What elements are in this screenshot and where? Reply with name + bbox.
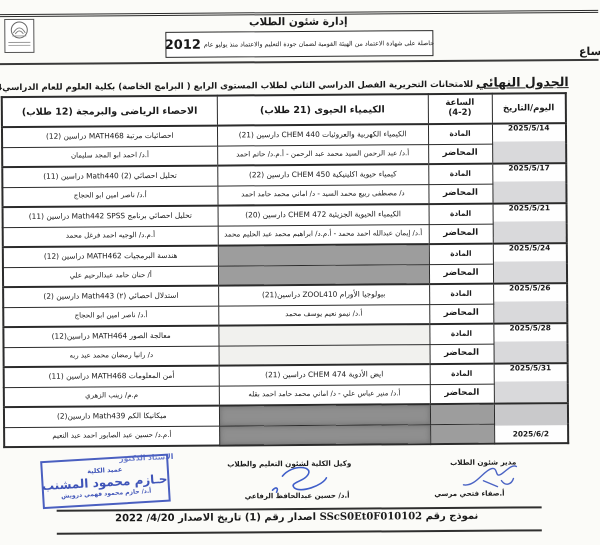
form-code: SScS0Et0F010102 — [320, 511, 423, 523]
scanned-document-page: إدارة شئون الطلاب حاصلة على شهادة الاعتم… — [0, 0, 600, 545]
exam-date: 2025/5/17 — [492, 163, 566, 204]
row-label-lecturer: المحاضر — [430, 384, 494, 404]
manager-signature — [453, 460, 523, 492]
table-header-row: اليوم/التاريخ الساعة (4-2) الكيمياء الحي… — [2, 93, 566, 127]
chem-lecturer-empty — [219, 344, 430, 365]
hour-range: (4-2) — [430, 109, 489, 119]
row-label-lecturer: المحاضر — [429, 264, 493, 284]
chem-lecturer: أ.د/ نيمو نعيم يوسف محمد — [218, 304, 429, 325]
row-label-lecturer: المحاضر — [428, 184, 492, 204]
stat-lecturer: أ.م.د/ الوجيه احمد فرغل محمد — [3, 226, 218, 248]
stat-lecturer: أ.د/ ناصر امين ابو الحجاج — [2, 186, 217, 208]
stat-lecturer: أ.د/ ناصر امين ابو الحجاج — [3, 306, 218, 328]
row-label-subject: المادة — [429, 244, 493, 264]
exam-date: 2025/5/26 — [493, 283, 567, 324]
accreditation-text: حاصلة على شهادة الاعتماد من الهيئة القوم… — [204, 40, 434, 49]
header-rule — [0, 59, 599, 65]
exam-date: 2025/5/24 — [493, 243, 567, 284]
col-header-biochemistry: الكيمياء الحيوى (21 طلاب) — [217, 94, 428, 125]
row-label-lecturer: المحاضر — [428, 144, 492, 164]
stat-lecturer: أ.د/ احمد ابو المجد سليمان — [2, 146, 217, 168]
chem-subject: بيولوجيا الأورام ZOOL410 دراسين(21) — [218, 284, 429, 305]
row-label-blocked — [430, 404, 494, 424]
exam-date: 2025/5/28 — [493, 323, 567, 364]
stat-subject: معالجة الصور MATH464 دراسين(12) — [3, 326, 218, 348]
chem-subject: الكيمياء الحيوية الجزيئية CHEM 472 دارسي… — [218, 204, 429, 225]
row-label-lecturer: المحاضر — [429, 304, 493, 324]
col-header-day-date: اليوم/التاريخ — [492, 93, 566, 124]
chem-subject: ايض الأدوية CHEM 474 دراسين (21) — [219, 364, 430, 385]
chem-subject-blocked — [218, 244, 429, 265]
col-header-hour: الساعة (4-2) — [428, 94, 492, 124]
chem-lecturer: أ.د/ عبد الرحمن السيد محمد عبد الرحمن - … — [217, 144, 428, 165]
stat-lecturer: د/ رانيا رمضان محمد عبد ربه — [4, 346, 219, 368]
exam-date: 2025/5/31 — [494, 363, 568, 404]
footer-rule-bottom — [57, 529, 542, 534]
row-label-lecturer: المحاضر — [429, 224, 493, 244]
chem-subject: كيمياء حيوية اكلينيكية CHEM 450 دارسين (… — [217, 164, 428, 185]
row-label-subject: المادة — [428, 164, 492, 184]
stat-subject: ميكانيكا الكم Math439 دارسين(2) — [4, 406, 219, 428]
issue-label: اصدار رقم (1) — [245, 512, 316, 523]
stat-lecturer: م.م/ زينب الزهري — [4, 386, 219, 408]
chem-subject-blocked — [219, 404, 430, 425]
issue-date-value: 4/20/ 2022 — [115, 513, 175, 524]
student-affairs-manager-name: أ.صفاء فتحي مرسي — [434, 490, 504, 498]
form-number-line: نموذج رقم SScS0Et0F010102 اصدار رقم (1) … — [62, 510, 532, 524]
row-label-blocked — [430, 424, 494, 444]
exam-date: 2025/5/14 — [492, 123, 566, 164]
stat-lecturer: أ.م.د/ حسين عبد الصابور احمد عبد النعيم — [4, 426, 219, 448]
row-label-subject: المادة — [429, 324, 493, 344]
exam-date: 2025/6/2 — [494, 403, 568, 444]
row-label-subject: المادة — [428, 124, 492, 144]
accreditation-box: حاصلة على شهادة الاعتماد من الهيئة القوم… — [165, 30, 433, 58]
vice-dean-name: أ.د/ حسين عبدالحافظ الرفاعي — [245, 492, 350, 501]
exam-schedule-table: اليوم/التاريخ الساعة (4-2) الكيمياء الحي… — [1, 92, 569, 448]
schedule-title-rest: للامتحانات التحريرية الفصل الدراسي الثان… — [0, 80, 476, 94]
row-label-subject: المادة — [430, 364, 494, 384]
stat-subject: هندسة البرمجيات MATH462 دراسين (12) — [3, 246, 218, 268]
table-row: أ.م.د/ حسين عبد الصابور احمد عبد النعيم — [4, 423, 568, 447]
chem-subject-empty — [218, 324, 429, 345]
stat-subject: أمن المعلومات MATH468 دراسين (11) — [4, 366, 219, 388]
form-label: نموذج رقم — [426, 511, 479, 522]
stat-subject: تحليل احصائي برنامج Math442 SPSS دراسين … — [3, 206, 218, 228]
col-header-statistics: الاحصاء الرياضى والبرمجة (12 طلاب) — [2, 96, 217, 128]
stat-subject: استدلال احصائي (٢) Math443 دارسين (2) — [3, 286, 218, 308]
accreditation-year: 2012 — [165, 37, 201, 52]
stat-lecturer: أ/ حنان حامد عبدالرحيم علي — [3, 266, 218, 288]
chem-lecturer: أ.د/ منير عباس علي - د/ اماني محمد حامد … — [219, 384, 430, 405]
row-label-subject: المادة — [429, 284, 493, 304]
stat-subject: تحليل احصائي (2) Math440 دراسين (11) — [2, 166, 217, 188]
schedule-title: الجدول النهائي للامتحانات التحريرية الفص… — [9, 71, 569, 94]
chem-lecturer: أ.د/ إيمان عبدالله احمد محمد - أ.م.د/ اب… — [218, 224, 429, 245]
chem-lecturer: د/ مصطفى ربيع محمد السيد - د/ اماني محمد… — [217, 184, 428, 205]
chem-subject: الكيمياء الكهربية والعروئيات CHEM 440 دا… — [217, 124, 428, 145]
chem-lecturer-blocked — [218, 264, 429, 285]
row-label-lecturer: المحاضر — [430, 344, 494, 364]
cutoff-margin-text: ساع — [579, 45, 600, 58]
exam-date: 2025/5/21 — [493, 203, 567, 244]
dean-stamp: عميد الكلية حـازم محمود المشنب أ.د/ حازم… — [40, 454, 171, 510]
issue-date-label: تاريخ الاصدار — [178, 512, 241, 523]
schedule-title-lead: الجدول النهائي — [476, 74, 569, 90]
chem-lecturer-blocked — [219, 424, 430, 445]
stat-subject: احصائيات مرتبة MATH468 دراسين (12) — [2, 126, 217, 148]
row-label-subject: المادة — [429, 204, 493, 224]
